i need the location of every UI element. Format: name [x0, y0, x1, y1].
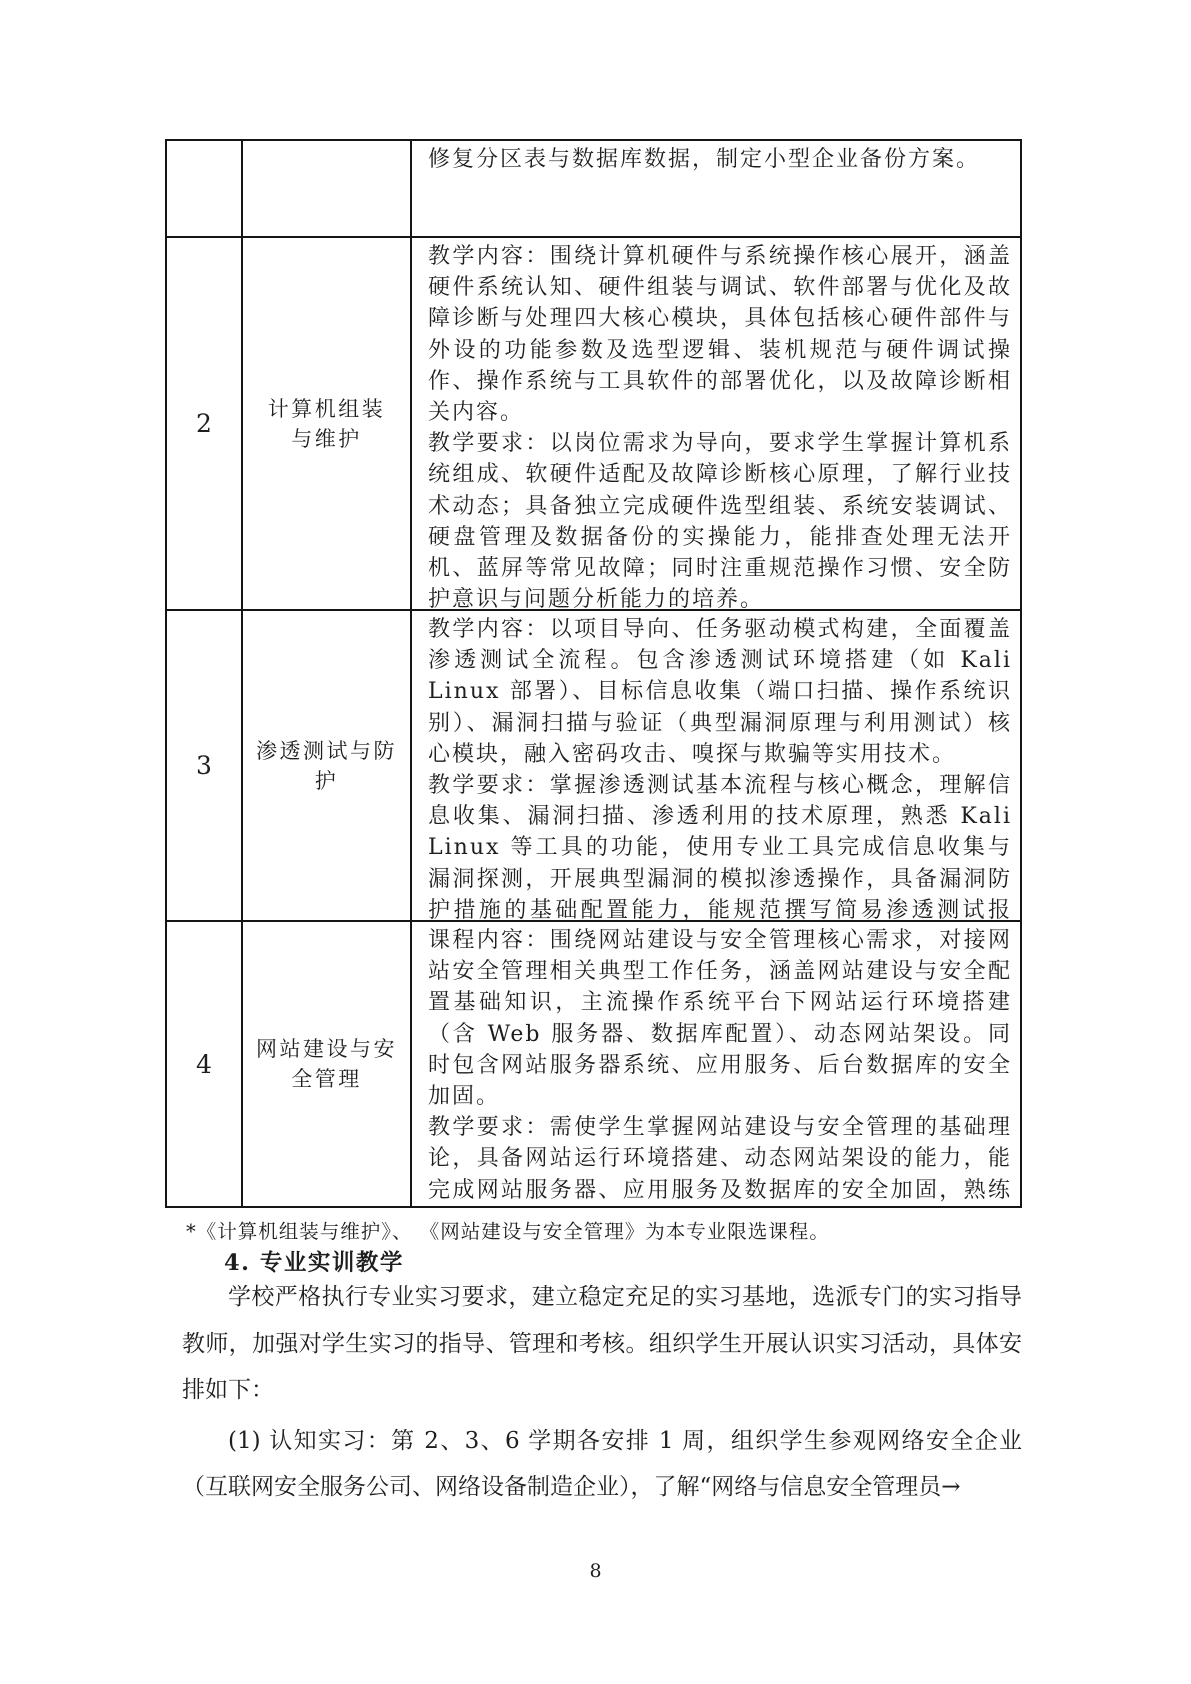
- body-paragraph: (1) 认知实习：第 2、3、6 学期各安排 1 周，组织学生参观网络安全企业（…: [182, 1418, 1022, 1511]
- course-content: 修复分区表与数据库数据，制定小型企业备份方案。: [412, 141, 1020, 236]
- course-paragraph: 教学要求：掌握渗透测试基本流程与核心概念，理解信息收集、漏洞扫描、渗透利用的技术…: [428, 770, 1012, 920]
- course-name-line: 护: [315, 766, 339, 796]
- table-row: 修复分区表与数据库数据，制定小型企业备份方案。: [167, 141, 1020, 238]
- row-number: 2: [167, 238, 243, 609]
- course-name-line: 计算机组装: [268, 394, 386, 424]
- row-number: 3: [167, 611, 243, 920]
- table-row: 4 网站建设与安全管理 课程内容：围绕网站建设与安全管理核心需求，对接网站安全管…: [167, 922, 1020, 1206]
- course-name-line: 与维护: [291, 424, 362, 454]
- course-name: 渗透测试与防护: [243, 611, 412, 920]
- course-name-line: 全管理: [291, 1064, 362, 1094]
- document-page: 修复分区表与数据库数据，制定小型企业备份方案。 2 计算机组装与维护 教学内容：…: [0, 0, 1191, 1684]
- footnote: *《计算机组装与维护》、 《网站建设与安全管理》为本专业限选课程。: [186, 1216, 830, 1244]
- body-paragraphs: 学校严格执行专业实习要求，建立稳定充足的实习基地，选派专门的实习指导教师，加强对…: [182, 1274, 1022, 1511]
- page-number: 8: [0, 1560, 1191, 1582]
- course-content: 教学内容：以项目导向、任务驱动模式构建，全面覆盖渗透测试全流程。包含渗透测试环境…: [412, 611, 1020, 920]
- table-row: 3 渗透测试与防护 教学内容：以项目导向、任务驱动模式构建，全面覆盖渗透测试全流…: [167, 611, 1020, 922]
- course-name: 计算机组装与维护: [243, 238, 412, 609]
- course-name: [243, 141, 412, 236]
- course-paragraph: 教学要求：以岗位需求为导向，要求学生掌握计算机系统组成、软硬件适配及故障诊断核心…: [428, 428, 1012, 609]
- section-heading: 4. 专业实训教学: [224, 1245, 404, 1277]
- course-name: 网站建设与安全管理: [243, 922, 412, 1206]
- body-paragraph: 学校严格执行专业实习要求，建立稳定充足的实习基地，选派专门的实习指导教师，加强对…: [182, 1274, 1022, 1414]
- course-content: 教学内容：围绕计算机硬件与系统操作核心展开，涵盖硬件系统认知、硬件组装与调试、软…: [412, 238, 1020, 609]
- row-number: 4: [167, 922, 243, 1206]
- course-paragraph: 课程内容：围绕网站建设与安全管理核心需求，对接网站安全管理相关典型工作任务，涵盖…: [428, 925, 1012, 1112]
- course-paragraph: 修复分区表与数据库数据，制定小型企业备份方案。: [428, 144, 1012, 175]
- course-table: 修复分区表与数据库数据，制定小型企业备份方案。 2 计算机组装与维护 教学内容：…: [165, 139, 1022, 1208]
- course-content: 课程内容：围绕网站建设与安全管理核心需求，对接网站安全管理相关典型工作任务，涵盖…: [412, 922, 1020, 1206]
- course-paragraph: 教学要求：需使学生掌握网站建设与安全管理的基础理论，具备网站运行环境搭建、动态网…: [428, 1112, 1012, 1206]
- course-paragraph: 教学内容：围绕计算机硬件与系统操作核心展开，涵盖硬件系统认知、硬件组装与调试、软…: [428, 241, 1012, 428]
- course-name-line: 网站建设与安: [256, 1034, 397, 1064]
- row-number: [167, 141, 243, 236]
- course-name-line: 渗透测试与防: [256, 736, 397, 766]
- table-row: 2 计算机组装与维护 教学内容：围绕计算机硬件与系统操作核心展开，涵盖硬件系统认…: [167, 238, 1020, 611]
- course-paragraph: 教学内容：以项目导向、任务驱动模式构建，全面覆盖渗透测试全流程。包含渗透测试环境…: [428, 614, 1012, 770]
